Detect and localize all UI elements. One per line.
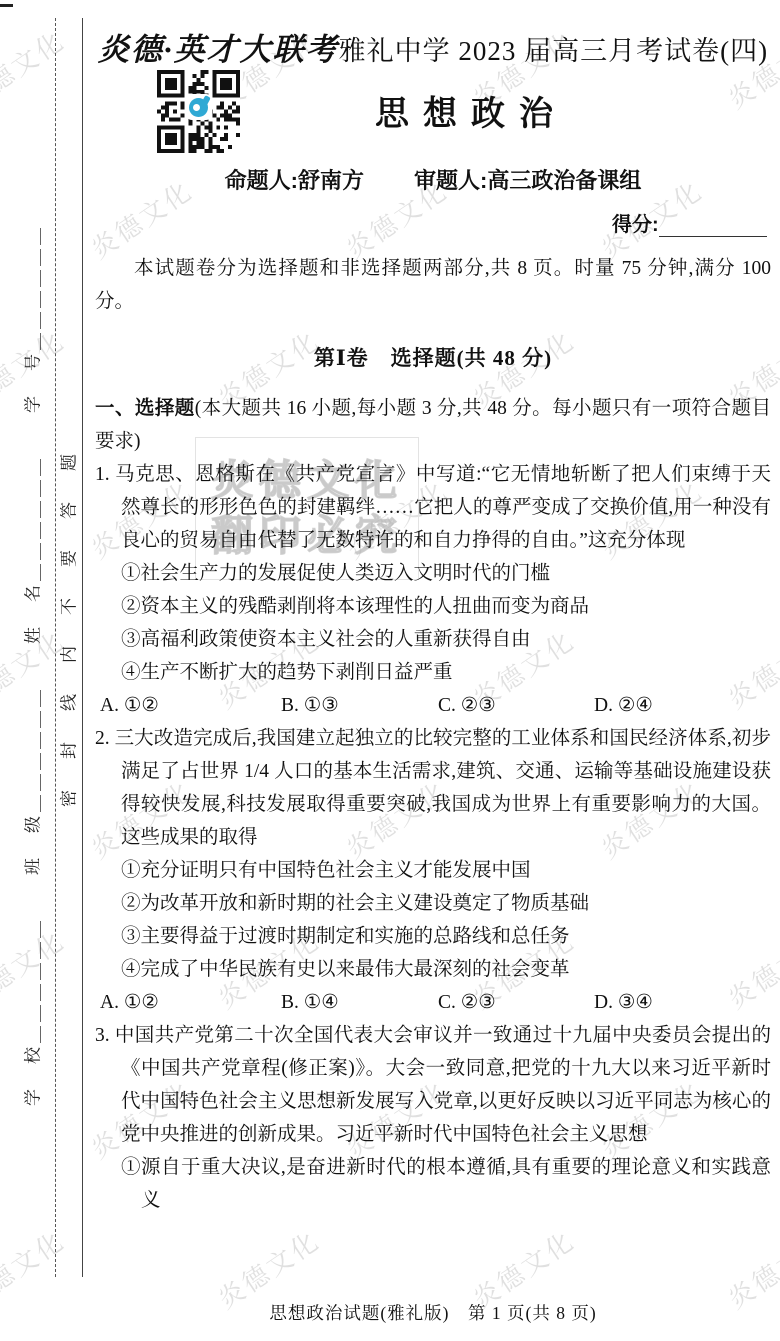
question-stem: 1. 马克思、恩格斯在《共产党宣言》中写道:“它无情地斩断了把人们束缚于天然尊长… [95, 458, 771, 557]
option-c: C. ②③ [438, 689, 594, 722]
group-heading-rest: (本大题共 16 小题,每小题 3 分,共 48 分。每小题只有一项符合题目要求… [95, 398, 771, 452]
option-d: D. ③④ [594, 986, 771, 1019]
question-item: ③主要得益于过渡时期制定和实施的总路线和总任务 [121, 920, 771, 953]
question-number: 2. [95, 728, 110, 749]
seal-text: 密 封 线 内 不 要 答 题 [55, 447, 80, 807]
question-stem-text: 马克思、恩格斯在《共产党宣言》中写道:“它无情地斩断了把人们束缚于天然尊长的形形… [115, 464, 771, 551]
crop-mark [0, 4, 13, 7]
page-title: 炎德·英才大联考雅礼中学 2023 届高三月考试卷(四) [95, 24, 771, 69]
student-info-fields: 学 校＿＿＿＿＿＿ 班 级＿＿＿＿＿＿ 姓 名＿＿＿＿＿＿ 学 号＿＿＿＿＿＿ [19, 224, 44, 1106]
exam-title: 雅礼中学 2023 届高三月考试卷(四) [339, 36, 768, 66]
option-b: B. ①③ [281, 689, 438, 722]
option-a: A. ①② [100, 986, 281, 1019]
question-item: ①充分证明只有中国特色社会主义才能发展中国 [121, 854, 771, 887]
question-3: 3. 中国共产党第二十次全国代表大会审议并一致通过十九届中央委员会提出的《中国共… [95, 1019, 771, 1217]
setter-label: 命题人:舒南方 [225, 164, 364, 195]
option-a: A. ①② [100, 689, 281, 722]
exam-brand: 炎德·英才大联考 [98, 32, 339, 67]
options-row: A. ①② B. ①③ C. ②③ D. ②④ [100, 689, 771, 722]
section-title: 第Ⅰ卷 选择题(共 48 分) [95, 342, 771, 375]
question-item: ②资本主义的残酷剥削将本该理性的人扭曲而变为商品 [121, 590, 771, 623]
question-stem-text: 中国共产党第二十次全国代表大会审议并一致通过十九届中央委员会提出的《中国共产党章… [115, 1025, 771, 1145]
reviewer-label: 审题人:高三政治备课组 [414, 164, 641, 195]
watermark-text: 炎德文化 [0, 1221, 71, 1317]
intro-paragraph: 本试题卷分为选择题和非选择题两部分,共 8 页。时量 75 分钟,满分 100 … [95, 252, 771, 318]
question-item: ①源自于重大决议,是奋进新时代的根本遵循,具有重要的理论意义和实践意义 [121, 1151, 771, 1217]
question-stem: 3. 中国共产党第二十次全国代表大会审议并一致通过十九届中央委员会提出的《中国共… [95, 1019, 771, 1151]
exam-body: 本试题卷分为选择题和非选择题两部分,共 8 页。时量 75 分钟,满分 100 … [95, 252, 771, 1217]
exam-page: { "watermark": { "text": "炎德文化", "center… [0, 0, 780, 1341]
question-item: ①社会生产力的发展促使人类迈入文明时代的门槛 [121, 557, 771, 590]
seal-solid-line [82, 18, 83, 1277]
question-item: ②为改革开放和新时期的社会主义建设奠定了物质基础 [121, 887, 771, 920]
subject-title: 思想政治 [171, 86, 771, 135]
option-b: B. ①④ [281, 986, 438, 1019]
score-label: 得分: [612, 214, 659, 236]
option-d: D. ②④ [594, 689, 771, 722]
score-field: 得分: [612, 208, 767, 237]
question-item: ③高福利政策使资本主义社会的人重新获得自由 [121, 623, 771, 656]
exam-credits: 命题人:舒南方 审题人:高三政治备课组 [95, 164, 771, 195]
question-1: 1. 马克思、恩格斯在《共产党宣言》中写道:“它无情地斩断了把人们束缚于天然尊长… [95, 458, 771, 722]
question-item: ④生产不断扩大的趋势下剥削日益严重 [121, 656, 771, 689]
group-heading-bold: 一、选择题 [95, 397, 195, 419]
page-footer: 思想政治试题(雅礼版) 第 1 页(共 8 页) [95, 1300, 771, 1325]
question-2: 2. 三大改造完成后,我国建立起独立的比较完整的工业体系和国民经济体系,初步满足… [95, 722, 771, 1019]
question-stem: 2. 三大改造完成后,我国建立起独立的比较完整的工业体系和国民经济体系,初步满足… [95, 722, 771, 854]
question-group-heading: 一、选择题(本大题共 16 小题,每小题 3 分,共 48 分。每小题只有一项符… [95, 392, 771, 458]
question-stem-text: 三大改造完成后,我国建立起独立的比较完整的工业体系和国民经济体系,初步满足了占世… [115, 728, 771, 848]
options-row: A. ①② B. ①④ C. ②③ D. ③④ [100, 986, 771, 1019]
score-blank [659, 216, 767, 237]
question-number: 1. [95, 464, 110, 485]
question-number: 3. [95, 1025, 110, 1046]
question-item: ④完成了中华民族有史以来最伟大最深刻的社会变革 [121, 953, 771, 986]
watermark-text: 炎德文化 [0, 21, 71, 117]
option-c: C. ②③ [438, 986, 594, 1019]
